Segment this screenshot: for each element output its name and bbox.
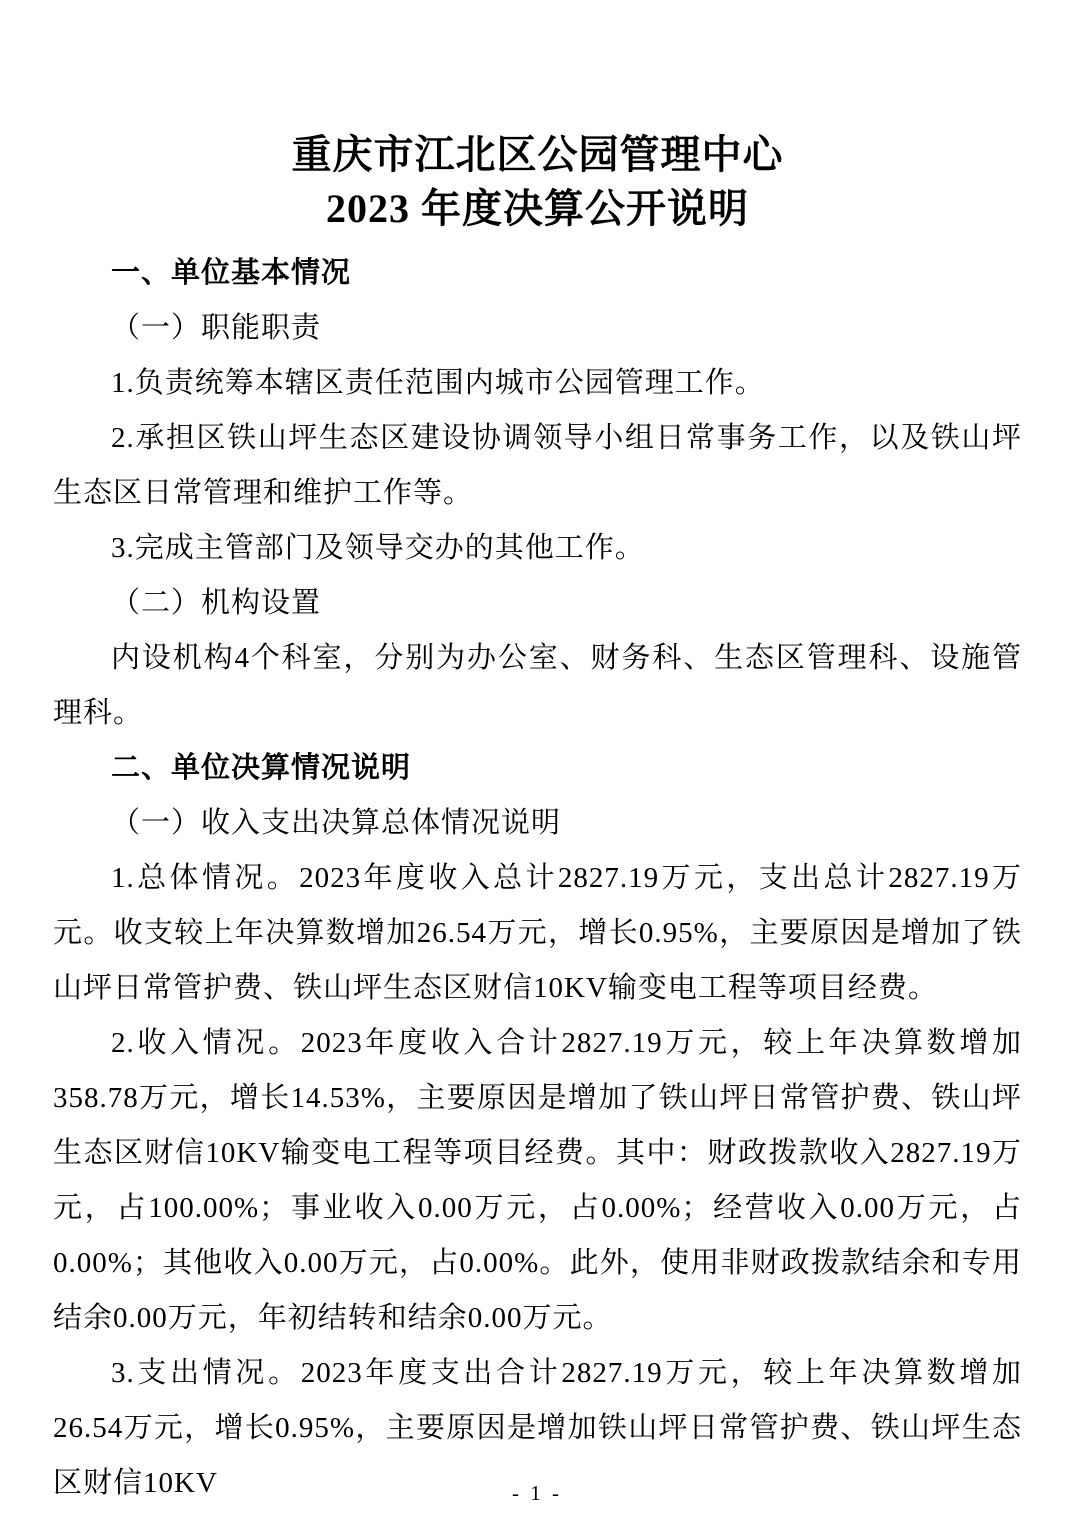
document-title-line1: 重庆市江北区公园管理中心 bbox=[292, 132, 784, 177]
document-title-line2: 2023 年度决算公开说明 bbox=[326, 186, 749, 231]
doc-paragraph-org-structure: 内设机构4个科室，分别为办公室、财务科、生态区管理科、设施管理科。 bbox=[53, 631, 1022, 741]
page-number: - 1 - bbox=[0, 1481, 1074, 1506]
doc-paragraph-duty-3: 3.完成主管部门及领导交办的其他工作。 bbox=[53, 521, 1022, 576]
doc-paragraph-duty-1: 1.负责统筹本辖区责任范围内城市公园管理工作。 bbox=[53, 356, 1022, 411]
doc-subheading-duties: （一）职能职责 bbox=[53, 301, 1022, 356]
doc-subheading-income-expense: （一）收入支出决算总体情况说明 bbox=[53, 796, 1022, 851]
document-page: 重庆市江北区公园管理中心 2023 年度决算公开说明 一、单位基本情况 （一）职… bbox=[0, 0, 1074, 1520]
document-content: 重庆市江北区公园管理中心 2023 年度决算公开说明 一、单位基本情况 （一）职… bbox=[53, 128, 1022, 1511]
doc-heading-final-accounts: 二、单位决算情况说明 bbox=[53, 741, 1022, 796]
document-body: 一、单位基本情况 （一）职能职责 1.负责统筹本辖区责任范围内城市公园管理工作。… bbox=[53, 246, 1022, 1511]
document-title: 重庆市江北区公园管理中心 2023 年度决算公开说明 bbox=[53, 128, 1022, 236]
doc-subheading-org-structure: （二）机构设置 bbox=[53, 576, 1022, 631]
doc-paragraph-duty-2: 2.承担区铁山坪生态区建设协调领导小组日常事务工作，以及铁山坪生态区日常管理和维… bbox=[53, 411, 1022, 521]
doc-heading-unit-basic-info: 一、单位基本情况 bbox=[53, 246, 1022, 301]
doc-paragraph-income-situation: 2.收入情况。2023年度收入合计2827.19万元，较上年决算数增加358.7… bbox=[53, 1016, 1022, 1346]
doc-paragraph-overall-situation: 1.总体情况。2023年度收入总计2827.19万元，支出总计2827.19万元… bbox=[53, 851, 1022, 1016]
